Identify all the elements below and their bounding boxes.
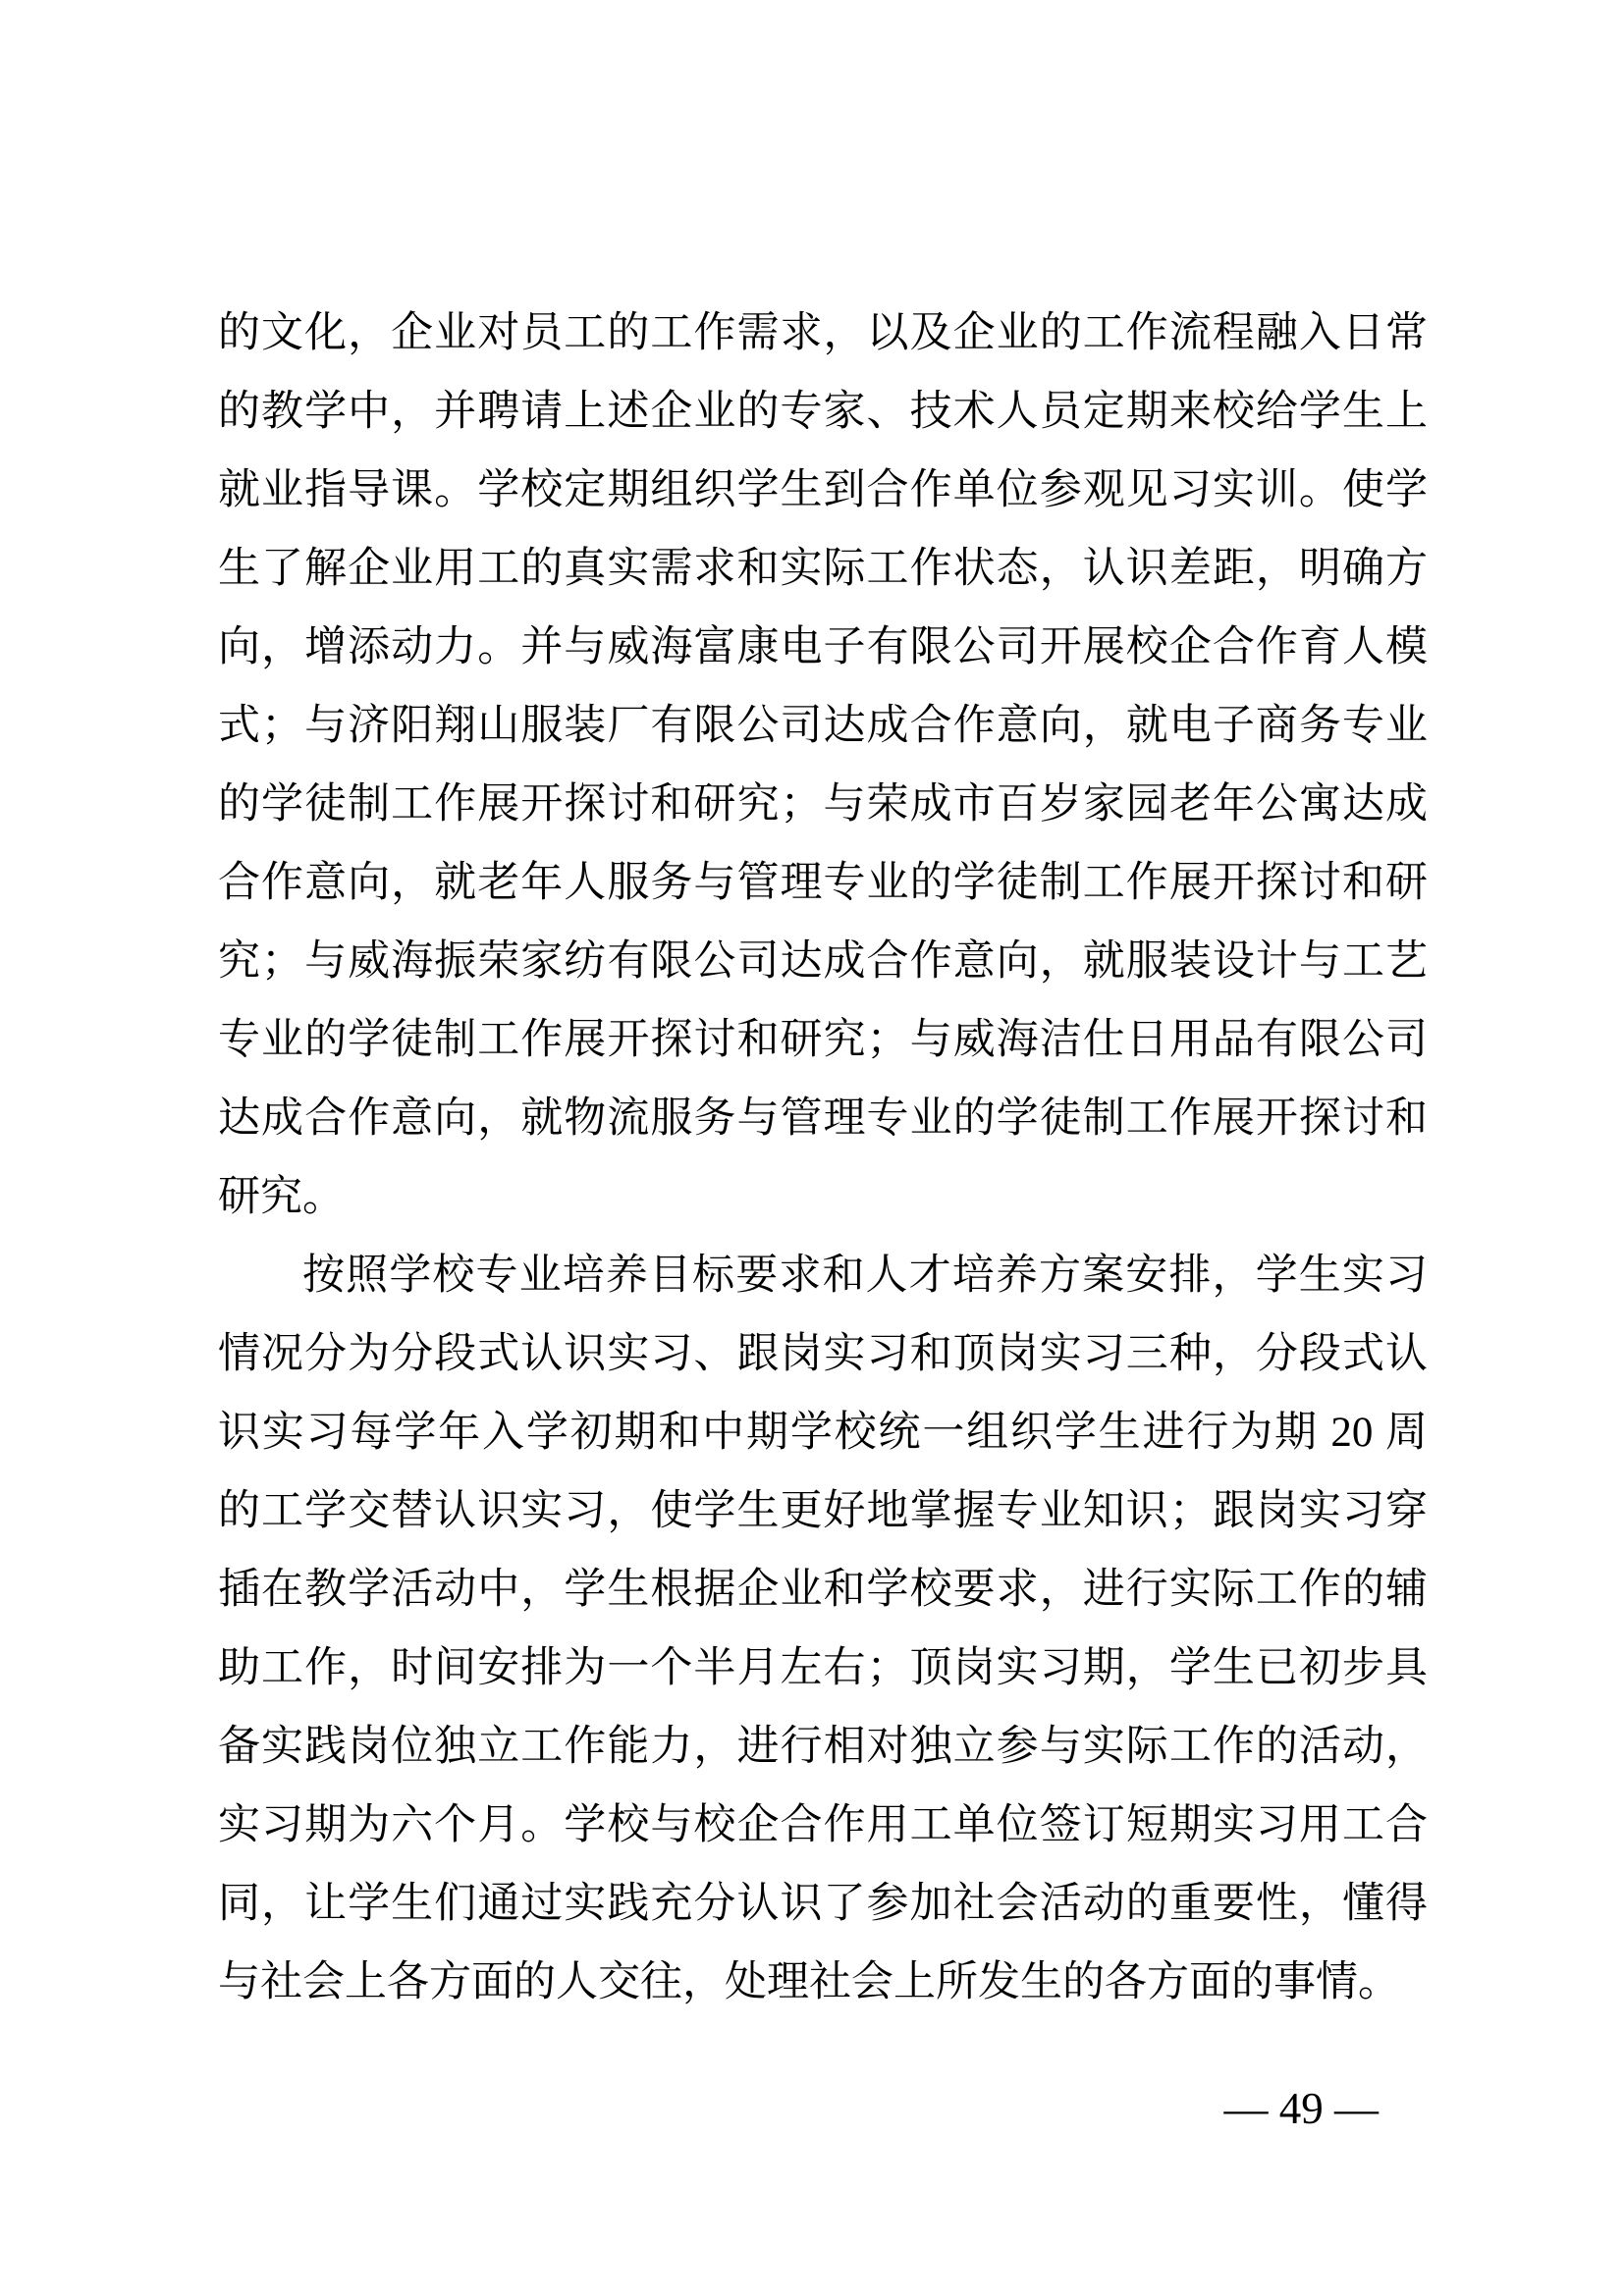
text-line: 按照学校专业培养目标要求和人才培养方案安排，学生实习 [218,1237,1428,1315]
text-line: 与社会上各方面的人交往，处理社会上所发生的各方面的事情。 [218,1944,1428,2022]
text-line: 向，增添动力。并与威海富康电子有限公司开展校企合作育人模 [218,609,1428,687]
text-line: 就业指导课。学校定期组织学生到合作单位参观见习实训。使学 [218,452,1428,530]
text-line: 达成合作意向，就物流服务与管理专业的学徒制工作展开探讨和 [218,1080,1428,1158]
text-line: 的文化，企业对员工的工作需求，以及企业的工作流程融入日常 [218,294,1428,373]
text-line: 专业的学徒制工作展开探讨和研究；与威海洁仕日用品有限公司 [218,1001,1428,1080]
document-body: 的文化，企业对员工的工作需求，以及企业的工作流程融入日常的教学中，并聘请上述企业… [218,294,1428,2022]
text-line: 插在教学活动中，学生根据企业和学校要求，进行实际工作的辅 [218,1551,1428,1629]
text-line: 的学徒制工作展开探讨和研究；与荣成市百岁家园老年公寓达成 [218,766,1428,844]
text-line: 助工作，时间安排为一个半月左右；顶岗实习期，学生已初步具 [218,1629,1428,1708]
document-page: 的文化，企业对员工的工作需求，以及企业的工作流程融入日常的教学中，并聘请上述企业… [0,0,1624,2296]
text-line: 究；与威海振荣家纺有限公司达成合作意向，就服装设计与工艺 [218,923,1428,1001]
page-number: — 49 — [1224,2084,1380,2135]
text-line: 研究。 [218,1158,1428,1237]
text-line: 同，让学生们通过实践充分认识了参加社会活动的重要性，懂得 [218,1865,1428,1944]
text-line: 情况分为分段式认识实习、跟岗实习和顶岗实习三种，分段式认 [218,1315,1428,1394]
text-line: 备实践岗位独立工作能力，进行相对独立参与实际工作的活动， [218,1708,1428,1787]
text-line: 式；与济阳翔山服装厂有限公司达成合作意向，就电子商务专业 [218,687,1428,766]
text-line: 识实习每学年入学初期和中期学校统一组织学生进行为期 20 周 [218,1394,1428,1472]
text-line: 合作意向，就老年人服务与管理专业的学徒制工作展开探讨和研 [218,844,1428,923]
text-line: 生了解企业用工的真实需求和实际工作状态，认识差距，明确方 [218,530,1428,609]
text-line: 的工学交替认识实习，使学生更好地掌握专业知识；跟岗实习穿 [218,1472,1428,1551]
text-line: 实习期为六个月。学校与校企合作用工单位签订短期实习用工合 [218,1787,1428,1865]
text-line: 的教学中，并聘请上述企业的专家、技术人员定期来校给学生上 [218,373,1428,452]
